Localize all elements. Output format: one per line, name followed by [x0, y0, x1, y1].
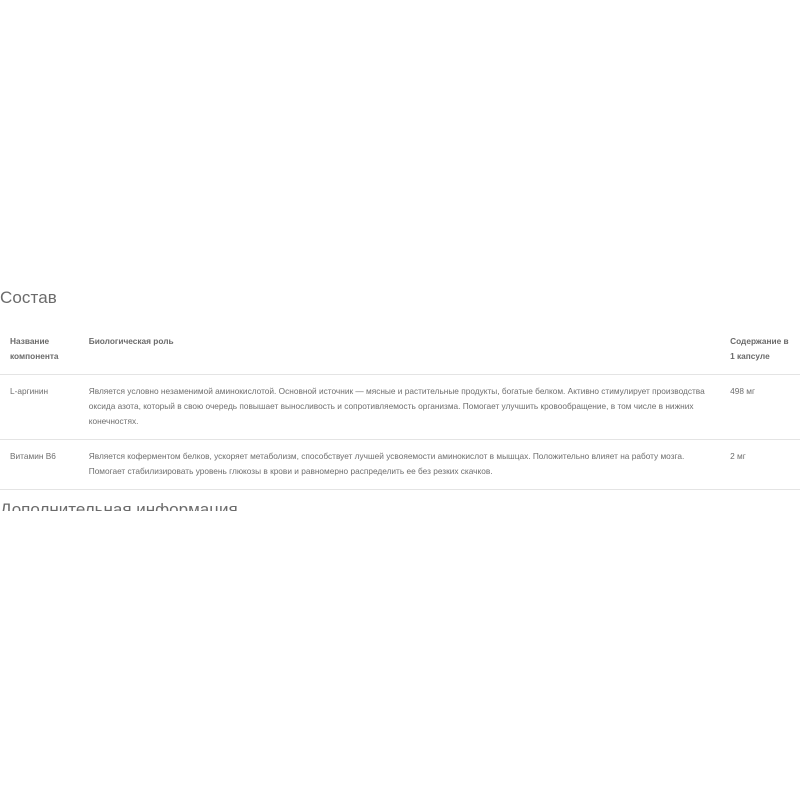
- additional-info-heading-container: Дополнительная информация: [0, 497, 800, 511]
- section-title-additional-info: Дополнительная информация: [0, 500, 238, 511]
- composition-table: Название компонента Биологическая роль С…: [0, 330, 800, 490]
- component-name: L-аргинин: [0, 375, 89, 440]
- header-biological-role: Биологическая роль: [89, 330, 730, 375]
- component-role: Является коферментом белков, ускоряет ме…: [89, 440, 730, 490]
- component-amount: 498 мг: [730, 375, 800, 440]
- product-composition-page: Состав Название компонента Биологическая…: [0, 0, 800, 800]
- table-header-row: Название компонента Биологическая роль С…: [0, 330, 800, 375]
- header-component-name: Название компонента: [0, 330, 89, 375]
- header-amount-per-capsule: Содержание в 1 капсуле: [730, 330, 800, 375]
- component-name: Витамин B6: [0, 440, 89, 490]
- table-row: Витамин B6 Является коферментом белков, …: [0, 440, 800, 490]
- table-row: L-аргинин Является условно незаменимой а…: [0, 375, 800, 440]
- component-amount: 2 мг: [730, 440, 800, 490]
- component-role: Является условно незаменимой аминокислот…: [89, 375, 730, 440]
- section-title-composition: Состав: [0, 288, 57, 308]
